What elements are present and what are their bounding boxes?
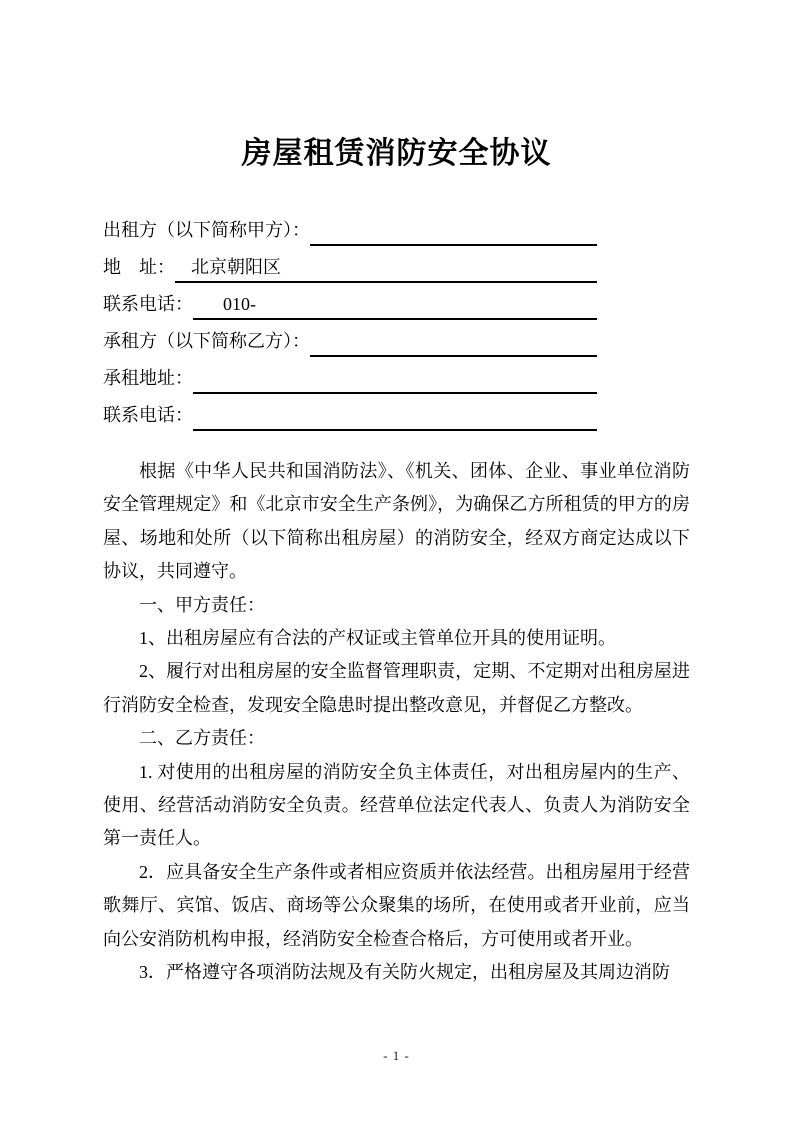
field-row-lessor-phone: 联系电话： 010- — [103, 294, 597, 320]
document-page: 房屋租赁消防安全协议 出租方（以下简称甲方）： 地 址： 北京朝阳区 联系电话：… — [0, 0, 793, 1122]
section-heading-party-b: 二、乙方责任： — [103, 722, 690, 755]
field-row-lessee: 承租方（以下简称乙方）： — [103, 331, 597, 357]
intro-paragraph: 根据《中华人民共和国消防法》、《机关、团体、企业、事业单位消防安全管理规定》和《… — [103, 455, 690, 589]
field-row-lessor-address: 地 址： 北京朝阳区 — [103, 257, 597, 283]
page-number: - 1 - — [0, 1048, 793, 1064]
lessee-input-line[interactable] — [310, 331, 597, 357]
field-row-lessor: 出租方（以下简称甲方）： — [103, 220, 597, 246]
lessor-phone-label: 联系电话： — [103, 294, 193, 315]
lessor-label: 出租方（以下简称甲方）： — [103, 220, 310, 241]
lessor-input-line[interactable] — [310, 220, 597, 246]
section-heading-party-a: 一、甲方责任： — [103, 589, 690, 622]
document-title: 房屋租赁消防安全协议 — [103, 136, 690, 172]
lessor-phone-input-line[interactable]: 010- — [193, 294, 597, 320]
clause-b-1: 1. 对使用的出租房屋的消防安全负主体责任，对出租房屋内的生产、使用、经营活动消… — [103, 756, 690, 856]
field-row-lessee-phone: 联系电话： — [103, 405, 597, 431]
lessor-address-label: 地 址： — [103, 257, 175, 278]
agreement-body: 根据《中华人民共和国消防法》、《机关、团体、企业、事业单位消防安全管理规定》和《… — [103, 455, 690, 990]
clause-a-1: 1、出租房屋应有合法的产权证或主管单位开具的使用证明。 — [103, 622, 690, 655]
party-info-fields: 出租方（以下简称甲方）： 地 址： 北京朝阳区 联系电话： 010- 承租方（以… — [103, 220, 597, 431]
lessee-address-label: 承租地址： — [103, 368, 193, 389]
lessor-address-input-line[interactable]: 北京朝阳区 — [175, 257, 597, 283]
lessor-phone-value: 010- — [193, 294, 256, 315]
clause-b-3: 3．严格遵守各项消防法规及有关防火规定，出租房屋及其周边消防 — [103, 956, 690, 989]
lessee-phone-input-line[interactable] — [193, 405, 597, 431]
lessee-phone-label: 联系电话： — [103, 405, 193, 426]
lessee-label: 承租方（以下简称乙方）： — [103, 331, 310, 352]
clause-a-2: 2、履行对出租房屋的安全监督管理职责，定期、不定期对出租房屋进行消防安全检查，发… — [103, 655, 690, 722]
lessor-address-value: 北京朝阳区 — [175, 257, 281, 278]
field-row-lessee-address: 承租地址： — [103, 368, 597, 394]
lessee-address-input-line[interactable] — [193, 368, 597, 394]
clause-b-2: 2．应具备安全生产条件或者相应资质并依法经营。出租房屋用于经营歌舞厅、宾馆、饭店… — [103, 856, 690, 956]
